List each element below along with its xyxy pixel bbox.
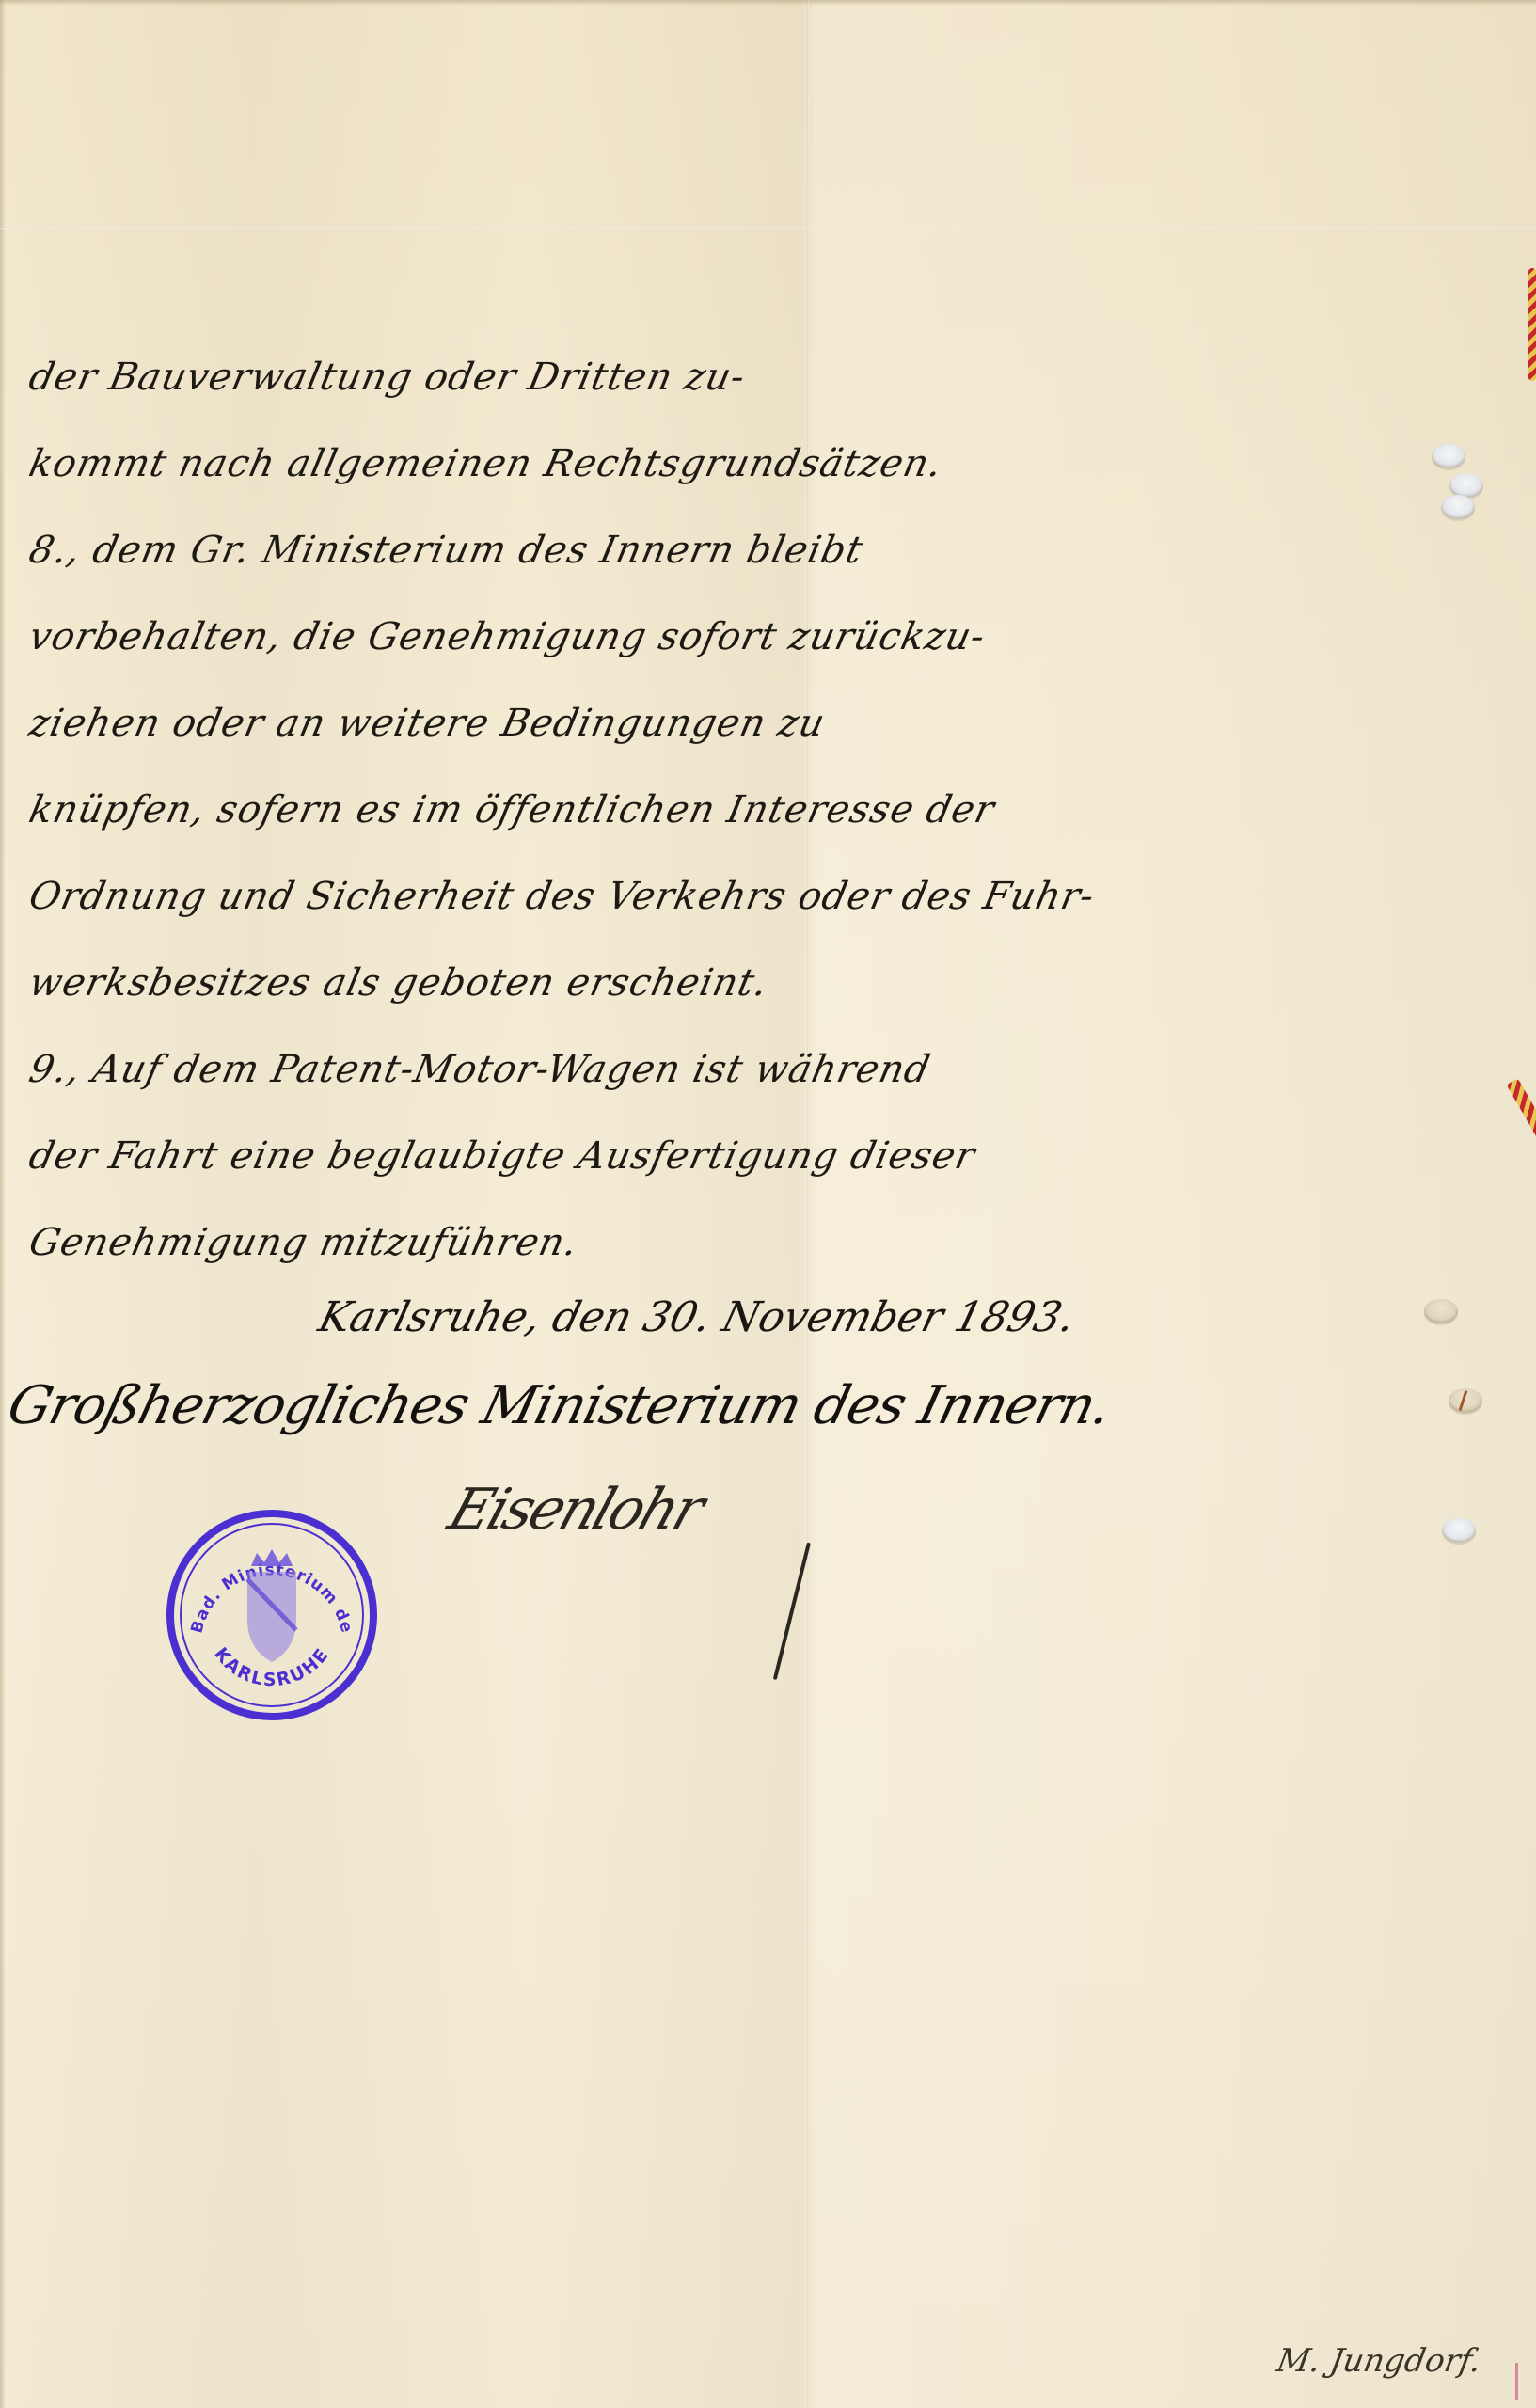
official-signature: Eisenlohr: [441, 1477, 710, 1543]
body-line: der Fahrt eine beglaubigte Ausfertigung …: [21, 1113, 1196, 1199]
paper-left-edge: [0, 0, 6, 2408]
horizontal-fold-crease: [0, 228, 1536, 230]
permit-body-text: der Bauverwaltung oder Dritten zu- kommt…: [21, 334, 1178, 1286]
pink-pencil-mark: [1515, 2363, 1518, 2400]
body-line-clause-8: 8., dem Gr. Ministerium des Innern bleib…: [21, 507, 1196, 594]
body-line: Ordnung und Sicherheit des Verkehrs oder…: [21, 853, 1196, 940]
punch-hole-torn: [1449, 1388, 1482, 1413]
body-line-clause-9: 9., Auf dem Patent-Motor-Wagen ist währe…: [21, 1026, 1196, 1113]
ministry-seal-stamp: Grossh. Bad. Ministerium des Innern KARL…: [165, 1508, 379, 1722]
body-line: ziehen oder an weitere Bedingungen zu: [21, 680, 1196, 767]
place-and-date: Karlsruhe, den 30. November 1893.: [314, 1293, 1081, 1341]
marginal-note: M. Jungdorf.: [1274, 2342, 1483, 2380]
binding-cord-top: [1528, 268, 1536, 381]
body-line: Genehmigung mitzuführen.: [21, 1199, 1196, 1286]
body-line: der Bauverwaltung oder Dritten zu-: [21, 334, 1196, 420]
body-line: vorbehalten, die Genehmigung sofort zurü…: [21, 594, 1196, 680]
punch-hole: [1441, 495, 1475, 519]
body-line: knüpfen, sofern es im öffentlichen Inter…: [21, 767, 1196, 853]
body-line: kommt nach allgemeinen Rechtsgrundsätzen…: [21, 420, 1196, 507]
punch-hole: [1449, 473, 1483, 498]
punch-hole-torn: [1424, 1299, 1458, 1323]
punch-hole: [1432, 444, 1465, 468]
punch-hole: [1442, 1518, 1476, 1543]
seal-icon: Grossh. Bad. Ministerium des Innern KARL…: [165, 1508, 379, 1722]
body-line: werksbesitzes als geboten erscheint.: [21, 940, 1196, 1026]
paper-top-edge: [0, 0, 1536, 6]
issuing-authority: Großherzogliches Ministerium des Innern.: [2, 1375, 1117, 1436]
